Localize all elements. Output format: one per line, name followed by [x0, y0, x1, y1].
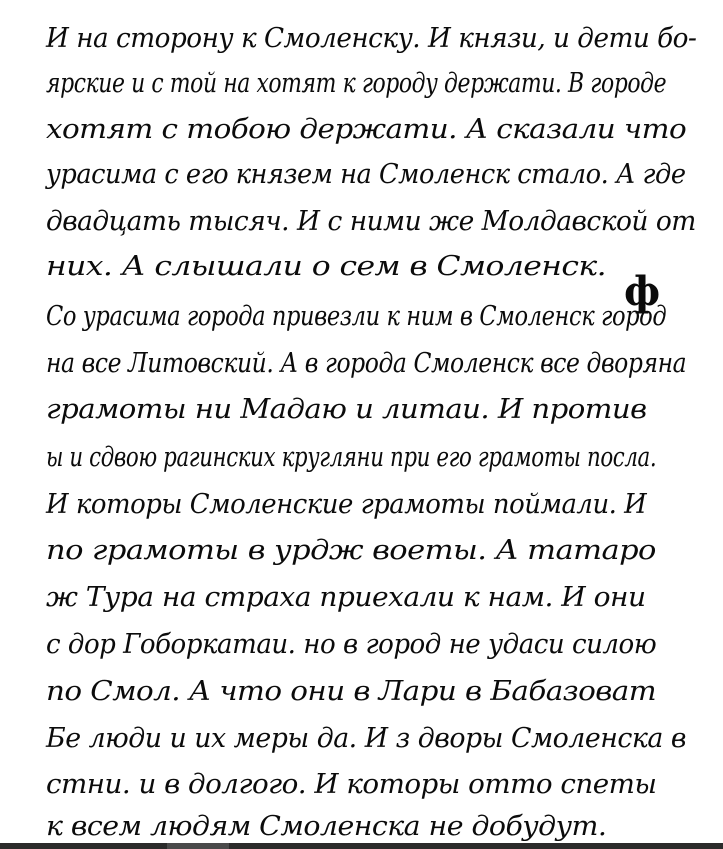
manuscript-line-16: Бе люди и их меры да. И з дворы Смоленск…	[46, 724, 686, 754]
manuscript-page: И на сторону к Смоленску. И князи, и дет…	[0, 0, 723, 843]
manuscript-line-4: урасима с его князем на Смоленск стало. …	[46, 160, 686, 190]
manuscript-line-5: двадцать тысяч. И с ними же Молдавской о…	[46, 207, 696, 237]
margin-mark: ф	[624, 268, 660, 315]
manuscript-line-17: стни. и в долгого. И которы отто спеты	[46, 770, 656, 800]
horizontal-scrollbar[interactable]	[0, 843, 723, 849]
manuscript-line-10: ы и сдвою рагинских кругляни при его гра…	[46, 443, 656, 473]
manuscript-line-2: ярские и с той на хотят к городу держати…	[46, 69, 666, 99]
manuscript-line-8: на все Литовский. А в города Смоленск вс…	[46, 349, 686, 379]
scrollbar-thumb[interactable]	[167, 843, 229, 849]
manuscript-line-3: хотят с тобою держати. А сказали что	[46, 115, 686, 145]
manuscript-line-14: с дор Гоборкатаи. но в город не удаси си…	[46, 630, 656, 660]
manuscript-line-7: Со урасима города привезли к ним в Смоле…	[46, 302, 666, 332]
manuscript-line-11: И которы Смоленские грамоты поймали. И	[46, 490, 646, 520]
manuscript-line-6: них. А слышали о сем в Смоленск.	[46, 252, 606, 282]
manuscript-line-1: И на сторону к Смоленску. И князи, и дет…	[46, 24, 696, 54]
manuscript-line-13: ж Тура на страха приехали к нам. И они	[46, 583, 646, 613]
manuscript-line-18: к всем людям Смоленска не добудут.	[46, 812, 606, 842]
manuscript-line-15: по Смол. А что они в Лари в Бабазоват	[46, 677, 656, 707]
manuscript-line-9: грамоты ни Мадаю и литаи. И против	[46, 395, 647, 425]
manuscript-line-12: по грамоты в урдж воеты. А татаро	[46, 536, 656, 566]
